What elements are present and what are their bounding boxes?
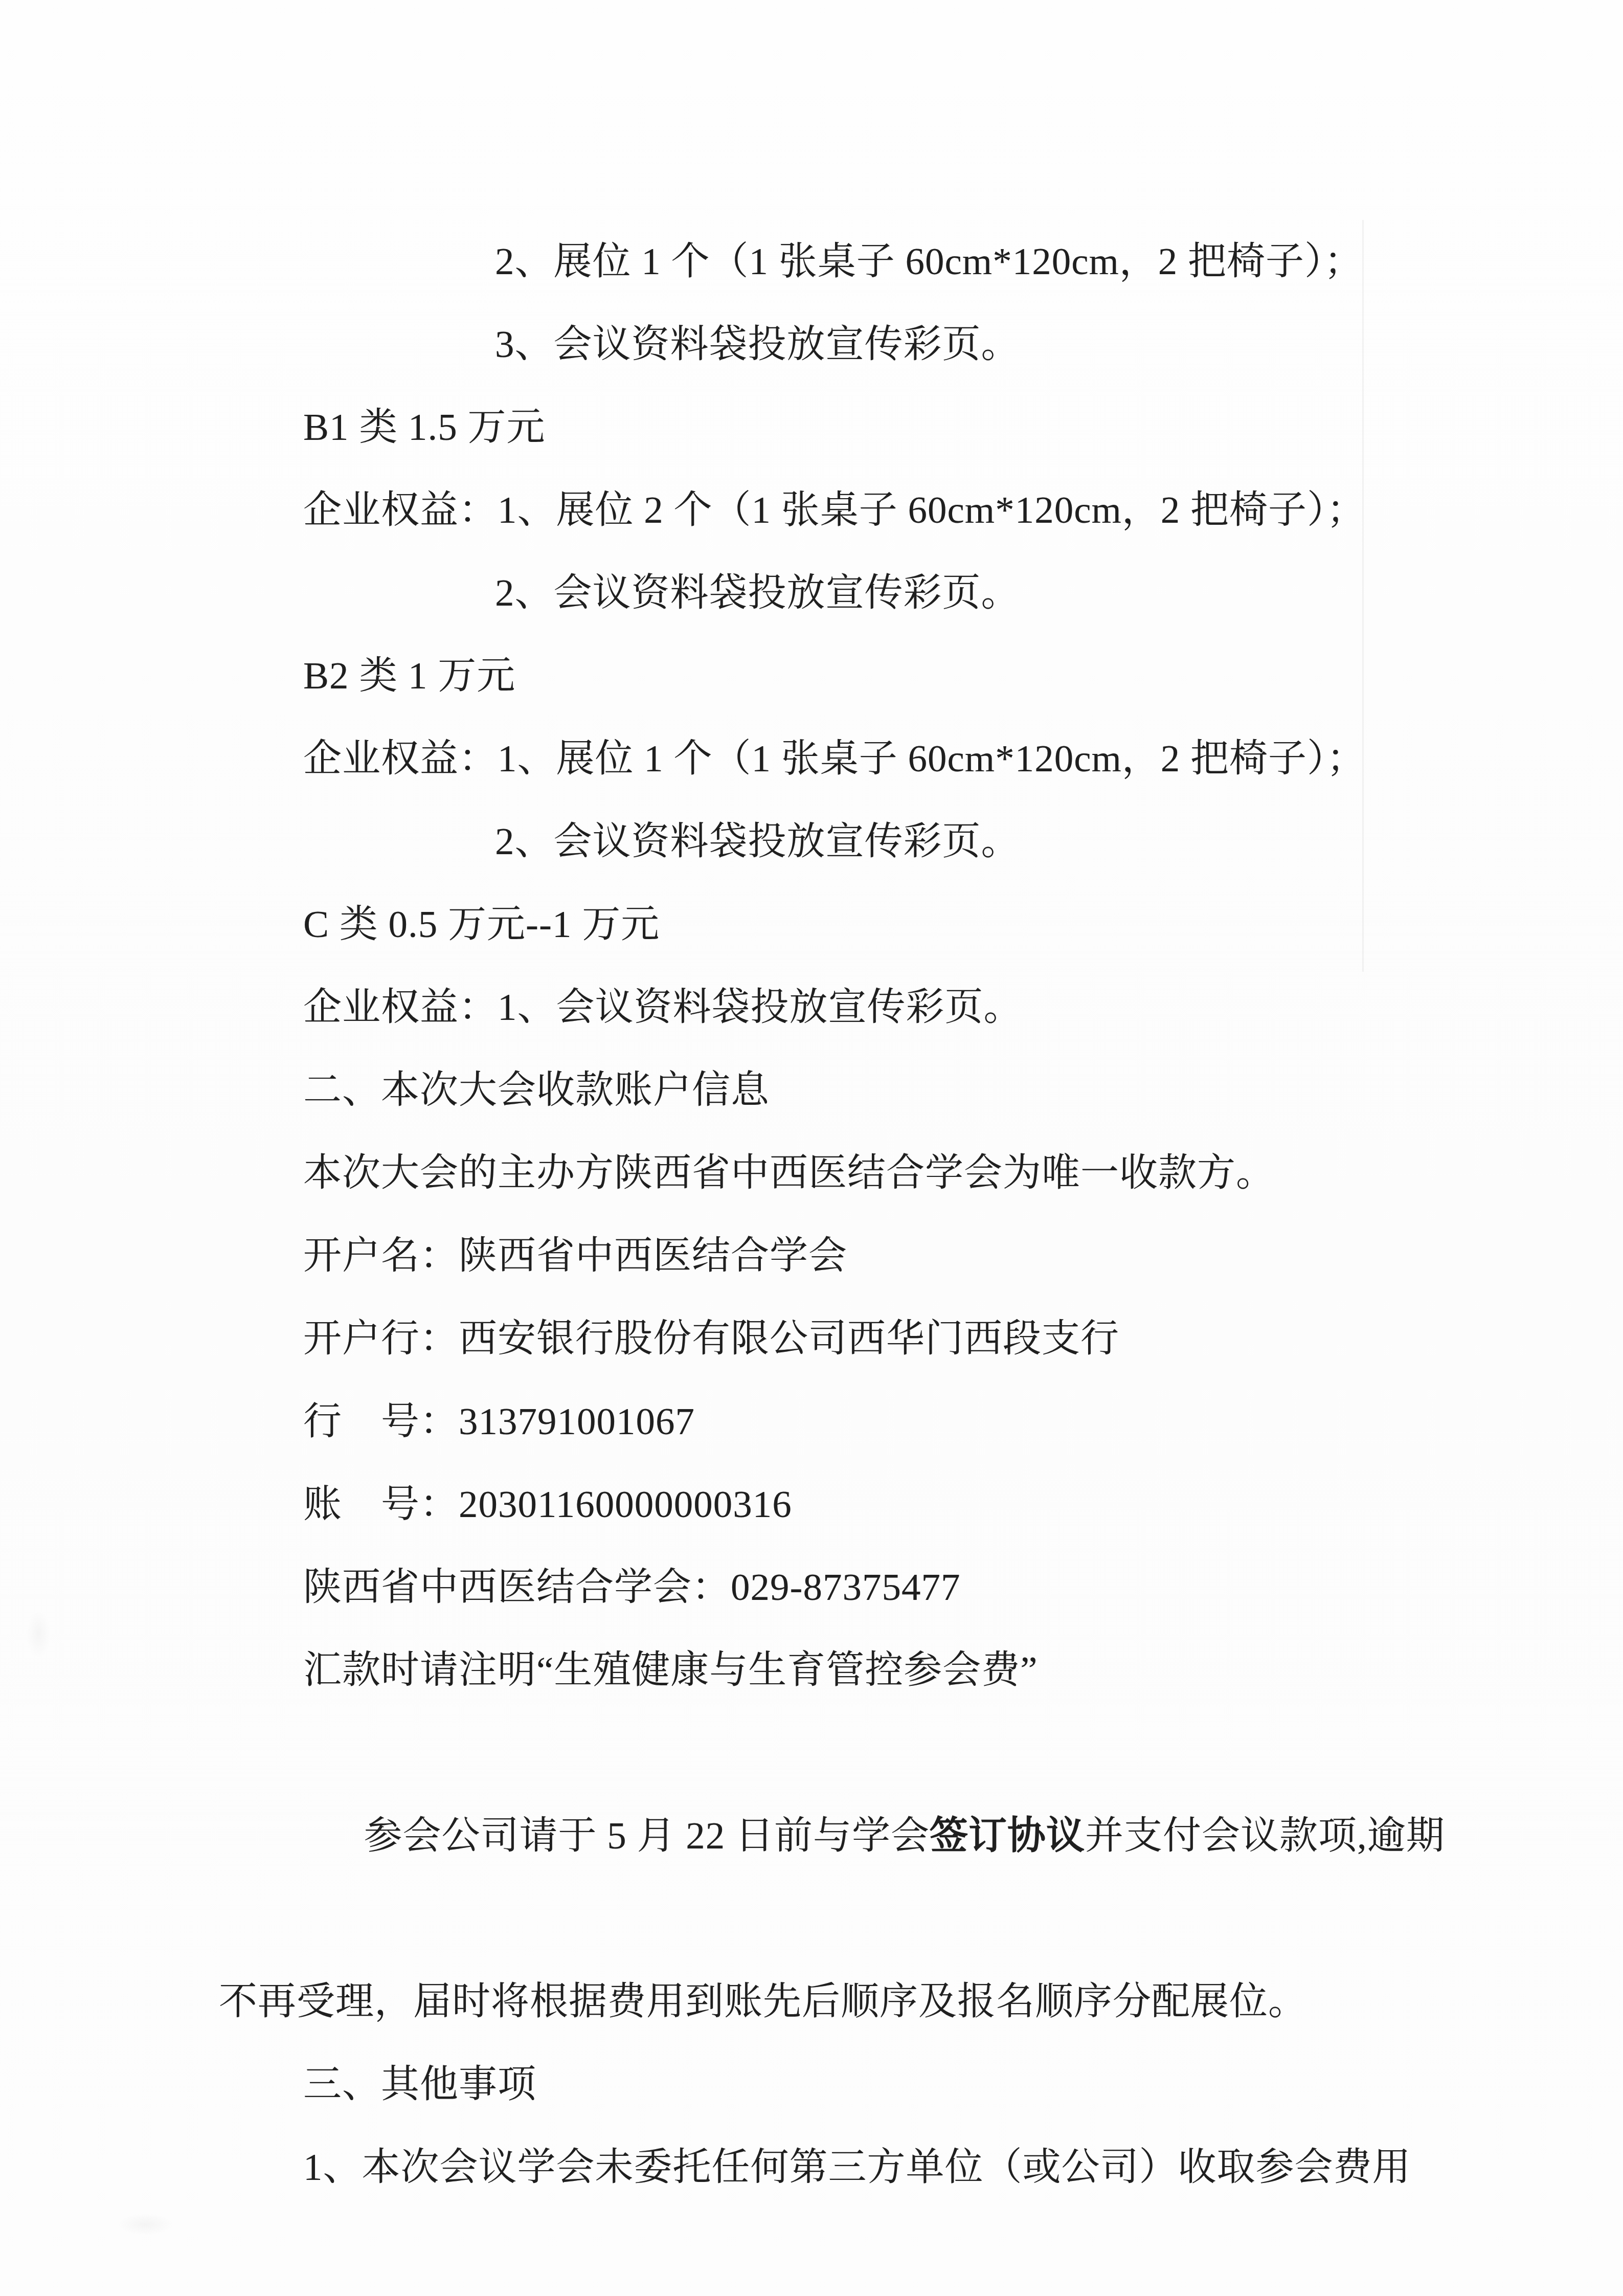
bank-branch-line: 开户行：西安银行股份有限公司西华门西段支行 <box>219 1298 1599 1380</box>
tier-b2-benefits-line: 企业权益：1、展位 1 个（1 张桌子 60cm*120cm，2 把椅子）； <box>219 718 1599 800</box>
bank-number-line: 行 号：313791001067 <box>219 1380 1599 1463</box>
deadline-line: 参会公司请于 5 月 22 日前与学会签订协议并支付会议款项,逾期 <box>219 1712 1599 1960</box>
scan-artifact-smudge <box>27 1611 50 1657</box>
document-text-block: 2、展位 1 个（1 张桌子 60cm*120cm，2 把椅子）； 3、会议资料… <box>219 220 1599 2209</box>
tier-b1-benefits-line: 企业权益：1、展位 2 个（1 张桌子 60cm*120cm，2 把椅子）； <box>219 469 1599 552</box>
document-page: 2、展位 1 个（1 张桌子 60cm*120cm，2 把椅子）； 3、会议资料… <box>0 0 1623 2296</box>
section-2-heading: 二、本次大会收款账户信息 <box>219 1049 1599 1132</box>
remittance-note-line: 汇款时请注明“生殖健康与生育管控参会费” <box>219 1629 1599 1712</box>
section-3-heading: 三、其他事项 <box>219 2043 1599 2126</box>
account-name-line: 开户名：陕西省中西医结合学会 <box>219 1215 1599 1298</box>
scanned-document-page: { "page": { "background": "#fdfdfd", "te… <box>0 0 1623 2296</box>
tier-b1-benefit-flyer: 2、会议资料袋投放宣传彩页。 <box>219 552 1599 635</box>
deadline-line-bold-sign-agreement: 签订协议 <box>930 1815 1085 1857</box>
deadline-line-continued: 不再受理，届时将根据费用到账先后顺序及报名顺序分配展位。 <box>219 1960 1599 2043</box>
association-phone-line: 陕西省中西医结合学会：029-87375477 <box>219 1546 1599 1629</box>
tier-b2-heading: B2 类 1 万元 <box>219 635 1599 718</box>
tier-b1-heading: B1 类 1.5 万元 <box>219 386 1599 469</box>
tier-c-benefits-line: 企业权益：1、会议资料袋投放宣传彩页。 <box>219 966 1599 1049</box>
tier-b2-benefit-flyer: 2、会议资料袋投放宣传彩页。 <box>219 800 1599 883</box>
deadline-line-post: 并支付会议款项,逾期 <box>1085 1815 1445 1857</box>
benefit-item-booth: 2、展位 1 个（1 张桌子 60cm*120cm，2 把椅子）； <box>219 220 1599 303</box>
deadline-line-pre: 参会公司请于 5 月 22 日前与学会 <box>364 1815 930 1857</box>
other-item-1-line: 1、本次会议学会未委托任何第三方单位（或公司）收取参会费用 <box>219 2126 1599 2209</box>
account-number-line: 账 号：20301160000000316 <box>219 1463 1599 1546</box>
payee-statement-line: 本次大会的主办方陕西省中西医结合学会为唯一收款方。 <box>219 1132 1599 1215</box>
benefit-item-flyer: 3、会议资料袋投放宣传彩页。 <box>219 303 1599 386</box>
scan-artifact-smudge <box>118 2214 174 2235</box>
tier-c-heading: C 类 0.5 万元--1 万元 <box>219 883 1599 966</box>
